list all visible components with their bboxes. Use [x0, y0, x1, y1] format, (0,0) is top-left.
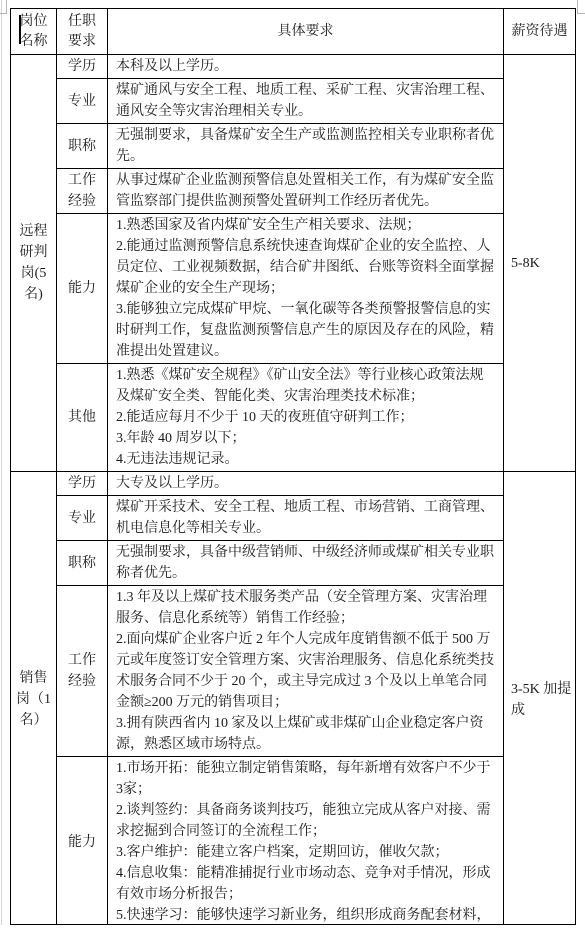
margin-mark-top-right-vertical [577, 0, 578, 13]
requirement-detail-cell[interactable]: 无强制要求，具备煤矿安全生产或监测监控相关专业职称者优先。 [108, 124, 504, 169]
table-row: 职称无强制要求，具备中级营销师、中级经济师或煤矿相关专业职称者优先。 [11, 541, 576, 586]
requirement-detail-cell[interactable]: 1.熟悉《煤矿安全规程》《矿山安全法》等行业核心政策法规及煤矿安全类、智能化类、… [108, 364, 504, 472]
requirement-type-cell[interactable]: 学历 [57, 55, 108, 79]
requirement-type-cell[interactable]: 学历 [57, 472, 108, 496]
requirement-type-cell[interactable]: 能力 [57, 214, 108, 364]
requirement-type-cell[interactable]: 工作经验 [57, 586, 108, 757]
header-row: 岗位名称 任职要求 具体要求 薪资待遇 [11, 9, 576, 55]
margin-mark-top-left-horizontal [0, 13, 7, 14]
requirement-detail-cell[interactable]: 1.3 年及以上煤矿技术服务类产品（安全管理方案、灾害治理服务、信息化系统等）销… [108, 586, 504, 757]
document-page: 岗位名称 任职要求 具体要求 薪资待遇 远程研判岗(5名)学历本科及以上学历。5… [0, 0, 585, 933]
table-row: 专业煤矿开采技术、安全工程、地质工程、市场营销、工商管理、机电信息化等相关专业。 [11, 496, 576, 541]
position-name-cell[interactable]: 销售岗（1名） [11, 472, 57, 928]
requirement-detail-cell[interactable]: 煤矿开采技术、安全工程、地质工程、市场营销、工商管理、机电信息化等相关专业。 [108, 496, 504, 541]
text-cursor [19, 15, 21, 44]
salary-cell[interactable]: 5-8K [504, 55, 576, 472]
requirement-type-cell[interactable]: 专业 [57, 496, 108, 541]
table-row: 其他1.熟悉《煤矿安全规程》《矿山安全法》等行业核心政策法规及煤矿安全类、智能化… [11, 364, 576, 472]
requirement-type-cell[interactable]: 能力 [57, 757, 108, 928]
header-detail-requirements[interactable]: 具体要求 [108, 9, 504, 55]
requirement-type-cell[interactable]: 其他 [57, 364, 108, 472]
page-break-mask [0, 925, 585, 933]
salary-cell[interactable]: 3-5K 加提成 [504, 472, 576, 928]
requirement-type-cell[interactable]: 职称 [57, 541, 108, 586]
table-row: 工作经验从事过煤矿企业监测预警信息处置相关工作，有为煤矿安全监管监察部门提供监测… [11, 169, 576, 214]
table-row: 远程研判岗(5名)学历本科及以上学历。5-8K [11, 55, 576, 79]
header-salary[interactable]: 薪资待遇 [504, 9, 576, 55]
margin-mark-top-right-horizontal [577, 13, 585, 14]
table-row: 能力1.熟悉国家及省内煤矿安全生产相关要求、法规； 2.能通过监测预警信息系统快… [11, 214, 576, 364]
requirement-type-cell[interactable]: 工作经验 [57, 169, 108, 214]
table-row: 销售岗（1名）学历大专及以上学历。3-5K 加提成 [11, 472, 576, 496]
requirement-detail-cell[interactable]: 从事过煤矿企业监测预警信息处置相关工作，有为煤矿安全监管监察部门提供监测预警处置… [108, 169, 504, 214]
table-row: 能力1.市场开拓：能独立制定销售策略，每年新增有效客户不少于3家； 2.谈判签约… [11, 757, 576, 928]
header-position-name[interactable]: 岗位名称 [11, 9, 57, 55]
requirement-detail-cell[interactable]: 无强制要求，具备中级营销师、中级经济师或煤矿相关专业职称者优先。 [108, 541, 504, 586]
requirement-detail-cell[interactable]: 1.市场开拓：能独立制定销售策略，每年新增有效客户不少于3家； 2.谈判签约：具… [108, 757, 504, 928]
requirement-type-cell[interactable]: 专业 [57, 79, 108, 124]
position-name-cell[interactable]: 远程研判岗(5名) [11, 55, 57, 472]
requirement-detail-cell[interactable]: 煤矿通风与安全工程、地质工程、采矿工程、灾害治理工程、通风安全等灾害治理相关专业… [108, 79, 504, 124]
table-row: 专业煤矿通风与安全工程、地质工程、采矿工程、灾害治理工程、通风安全等灾害治理相关… [11, 79, 576, 124]
header-requirement-type[interactable]: 任职要求 [57, 9, 108, 55]
requirement-detail-cell[interactable]: 1.熟悉国家及省内煤矿安全生产相关要求、法规； 2.能通过监测预警信息系统快速查… [108, 214, 504, 364]
page-break-border [10, 924, 576, 925]
page-boundary-left [1, 0, 2, 933]
recruitment-requirements-table: 岗位名称 任职要求 具体要求 薪资待遇 远程研判岗(5名)学历本科及以上学历。5… [10, 8, 576, 928]
requirement-type-cell[interactable]: 职称 [57, 124, 108, 169]
table-row: 工作经验1.3 年及以上煤矿技术服务类产品（安全管理方案、灾害治理服务、信息化系… [11, 586, 576, 757]
requirement-detail-cell[interactable]: 本科及以上学历。 [108, 55, 504, 79]
requirement-detail-cell[interactable]: 大专及以上学历。 [108, 472, 504, 496]
table-row: 职称无强制要求，具备煤矿安全生产或监测监控相关专业职称者优先。 [11, 124, 576, 169]
margin-mark-top-left-vertical [6, 0, 7, 13]
